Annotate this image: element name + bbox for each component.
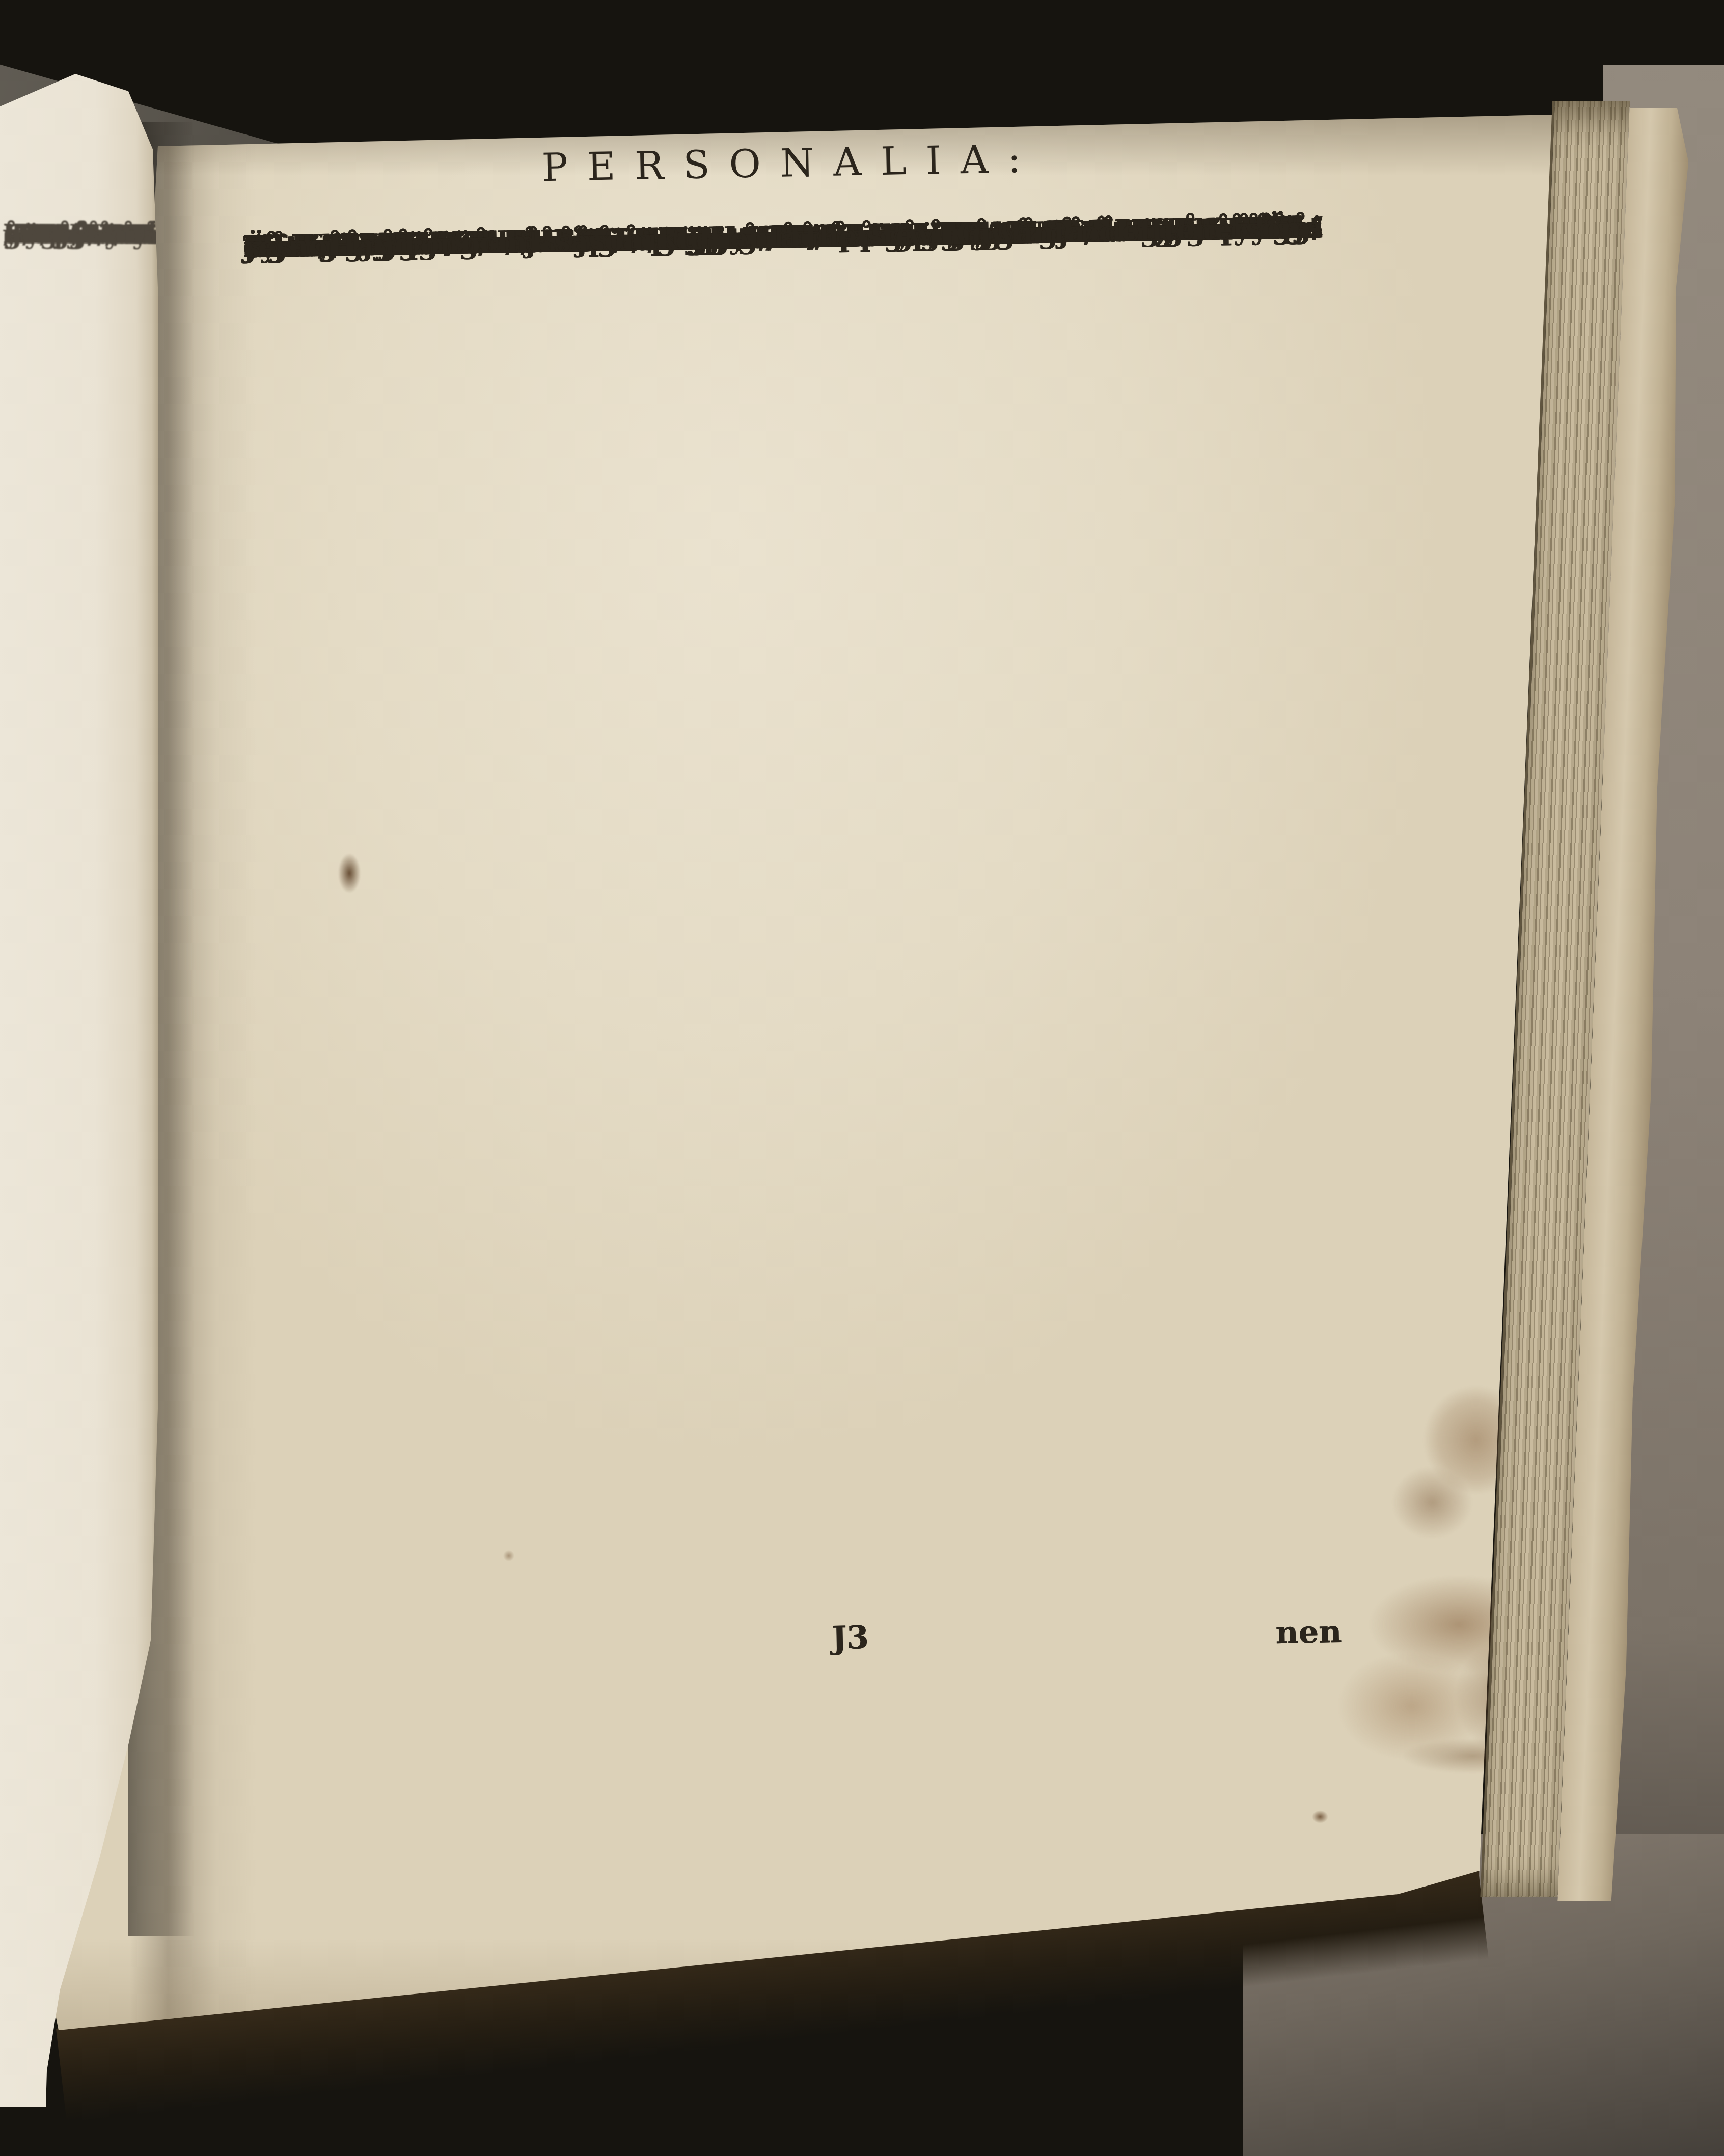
fox-spot xyxy=(1310,1809,1330,1825)
text-fragment: detta xyxy=(4,210,79,259)
main-text-block: PERSONALIA: thetta Taal alt jämt/ til dh… xyxy=(243,205,1350,1753)
body-text: thetta Taal alt jämt/ til dhen högste Gu… xyxy=(243,205,1322,225)
ink-blotch xyxy=(334,846,365,901)
facing-page-text: skopens Doct.ka medh ho-hade där afch me… xyxy=(4,210,154,210)
page-header: PERSONALIA: xyxy=(241,130,1321,196)
signature-row: J3 nen xyxy=(269,1610,1348,1681)
text-line: res Hand: och såsom dhen ther wil wånta … xyxy=(243,205,1322,271)
signature-mark: J3 xyxy=(831,1619,869,1656)
book-photo: PERSONALIA: thetta Taal alt jämt/ til dh… xyxy=(0,0,1724,2156)
fox-spot xyxy=(502,1549,516,1563)
